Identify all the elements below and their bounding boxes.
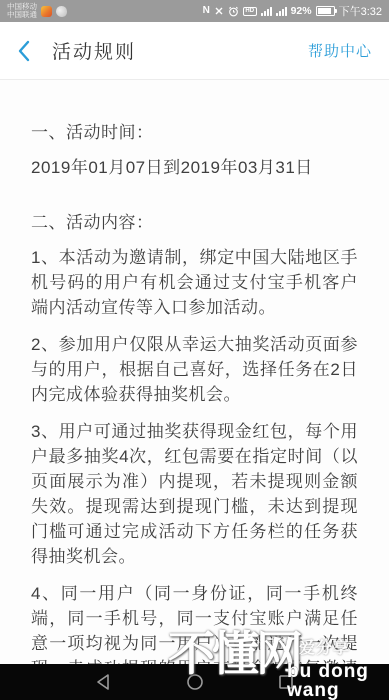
- title-bar: 活动规则 帮助中心: [0, 22, 389, 80]
- signal-sim1-icon: [261, 6, 272, 16]
- nav-back-icon[interactable]: [95, 673, 111, 691]
- help-center-link[interactable]: 帮助中心: [308, 40, 372, 61]
- carrier-sim2: 中国联通: [7, 11, 37, 20]
- hd-icon: HD: [243, 7, 257, 16]
- phone-screen: 中国移动 中国联通 N HD 92% 下午3:32 活动规则: [0, 0, 389, 700]
- battery-icon: [316, 6, 335, 16]
- rule-item-2: 2、参加用户仅限从幸运大抽奖活动页面参与的用户，根据自己喜好，选择任务在2日内完…: [31, 332, 358, 407]
- status-bar-left: 中国移动 中国联通: [7, 3, 67, 20]
- section1-body: 2019年01月07日到2019年03月31日: [31, 155, 358, 180]
- nav-home-icon[interactable]: [186, 673, 204, 691]
- status-bar: 中国移动 中国联通 N HD 92% 下午3:32: [0, 0, 389, 22]
- mute-icon: [214, 6, 224, 16]
- nfc-icon: N: [203, 6, 210, 16]
- status-bar-right: N HD 92% 下午3:32: [203, 3, 382, 19]
- back-button[interactable]: [17, 40, 30, 62]
- clock-label: 下午3:32: [339, 3, 382, 19]
- chevron-left-icon: [17, 40, 30, 62]
- carrier-labels: 中国移动 中国联通: [7, 3, 37, 20]
- section1-title: 一、活动时间：: [31, 120, 358, 145]
- battery-percent: 92%: [291, 5, 312, 17]
- alarm-icon: [228, 6, 239, 17]
- notification-cloud-icon: [56, 6, 67, 17]
- rules-content: 一、活动时间： 2019年01月07日到2019年03月31日 二、活动内容： …: [0, 80, 389, 700]
- nav-recents-icon[interactable]: [278, 674, 294, 690]
- rule-item-3: 3、用户可通过抽奖获得现金红包，每个用户最多抽奖4次，红包需要在指定时间（以页面…: [31, 419, 358, 569]
- rule-item-1: 1、本活动为邀请制，绑定中国大陆地区手机号码的用户有机会通过支付宝手机客户端内活…: [31, 245, 358, 320]
- signal-sim2-icon: [276, 6, 287, 16]
- page-title: 活动规则: [52, 37, 136, 64]
- notification-app-icon: [41, 6, 52, 17]
- section2-title: 二、活动内容：: [31, 210, 358, 235]
- android-nav-bar: [0, 664, 389, 700]
